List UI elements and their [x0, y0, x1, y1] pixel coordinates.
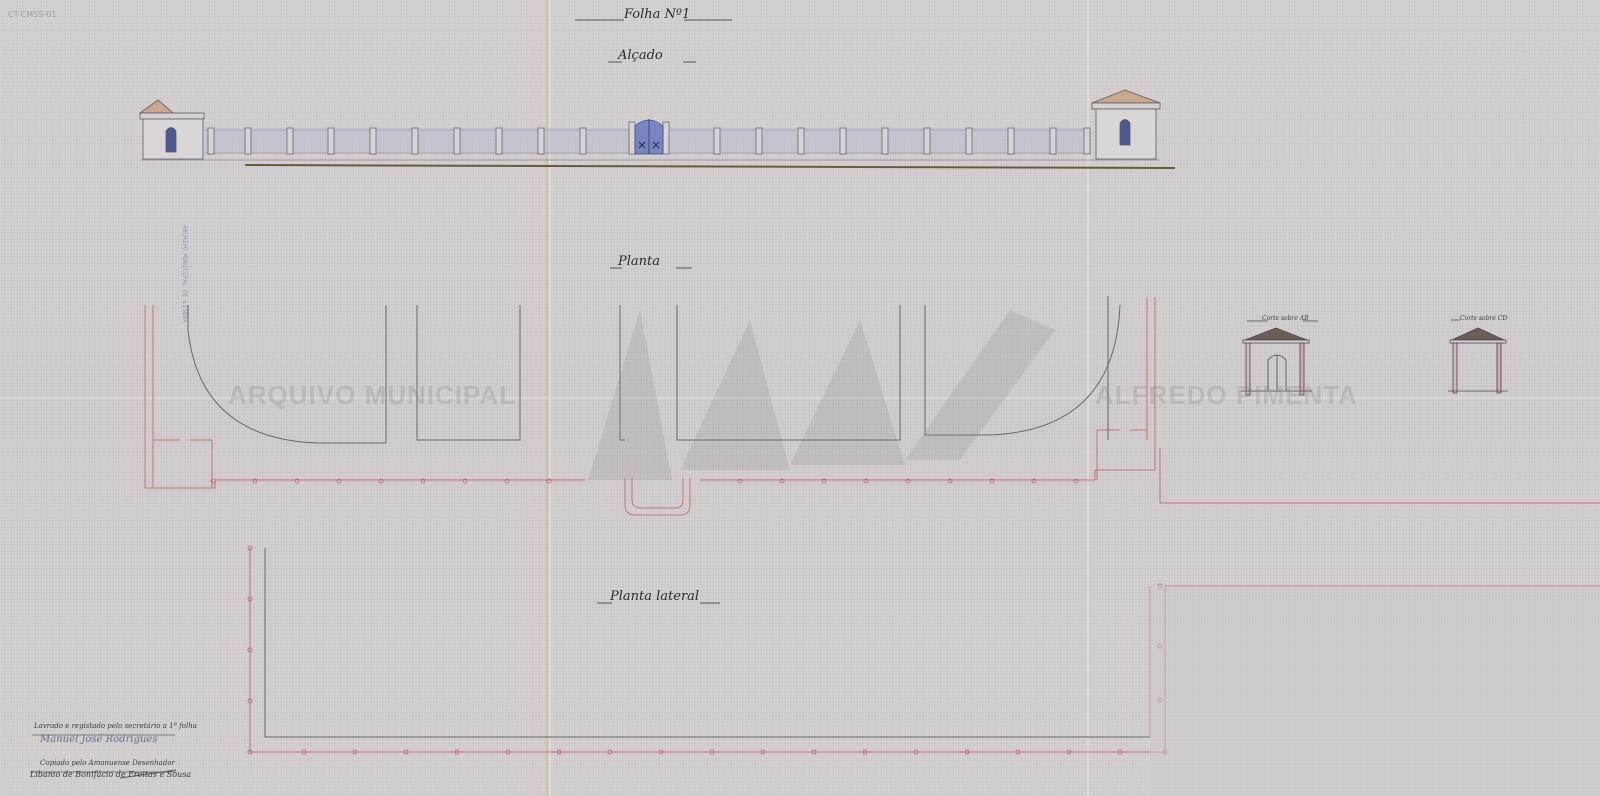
side-plan-drawing	[248, 546, 1600, 796]
left-pavilion	[140, 100, 204, 159]
side-plan-title: Planta lateral	[610, 589, 699, 604]
stamp-line: DE LISBOA	[181, 290, 188, 323]
architectural-drawing-sheet: Folha Nº1 Alçado Planta Planta lateral C…	[0, 0, 1600, 796]
right-pavilion	[1092, 90, 1160, 159]
stamp-line: MUNICIPAL	[181, 254, 188, 287]
section-cd-title: Corte sobre CD	[1460, 315, 1507, 322]
watermark-left: ARQUIVO MUNICIPAL	[228, 380, 516, 411]
signature-line-3: Copiado pelo Amanuense Desenhador	[40, 759, 175, 767]
sheet-title: Folha Nº1	[624, 7, 690, 22]
signature-name-1: Manuel José Rodrigues	[40, 734, 157, 745]
stamp-line: ARCHIVO	[181, 225, 188, 250]
watermark-logo	[588, 310, 1055, 480]
signature-line-1: Lavrado e registado pelo secretário a 1ª…	[34, 722, 197, 730]
archive-stamp: ARCHIVO MUNICIPAL DE LISBOA	[180, 225, 189, 323]
plan-title: Planta	[618, 254, 660, 269]
signature-name-2: Libanio de Bonifácio de Freitas e Sousa	[30, 770, 191, 779]
elevation-title: Alçado	[618, 48, 663, 63]
reference-mark: CT-CMSS-01	[8, 10, 56, 19]
watermark-right: ALFREDO PIMENTA	[1095, 380, 1358, 411]
elevation-drawing	[140, 90, 1175, 168]
section-cd	[1448, 320, 1508, 393]
section-ab-title: Corte sobre AB	[1262, 315, 1309, 322]
